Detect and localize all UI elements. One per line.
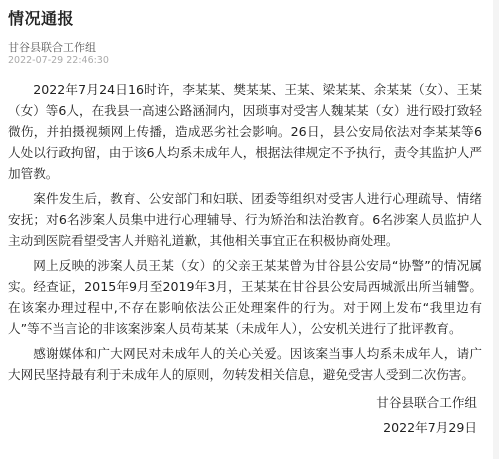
paragraph-investigation: 网上反映的涉案人员王某（女）的父亲王某某曾为甘谷县公安局“协警”的情况属实。经查…: [8, 255, 482, 339]
paragraph-incident: 2022年7月24日16时许，李某某、樊某某、王某、梁某某、余某某（女）、王某（…: [8, 79, 482, 184]
scrollbar-track[interactable]: [493, 0, 499, 459]
signature-block: 甘谷县联合工作组 2022年7月29日: [376, 390, 477, 440]
page-title: 情况通报: [8, 6, 74, 29]
paragraph-appeal: 感谢媒体和广大网民对未成年人的关心关爱。因该案当事人均系未成年人，请广大网民坚持…: [8, 343, 482, 385]
signature-organization: 甘谷县联合工作组: [376, 390, 477, 415]
signature-date: 2022年7月29日: [376, 415, 477, 440]
paragraph-aftercare: 案件发生后，教育、公安部门和妇联、团委等组织对受害人进行心理疏导、情绪安抚；对6…: [8, 188, 482, 251]
publish-timestamp: 2022-07-29 22:46:30: [8, 55, 109, 66]
article-body: 2022年7月24日16时许，李某某、樊某某、王某、梁某某、余某某（女）、王某（…: [8, 79, 482, 389]
source-name: 甘谷县联合工作组: [8, 39, 96, 55]
notice-page: 情况通报 甘谷县联合工作组 2022-07-29 22:46:30 2022年7…: [0, 0, 493, 459]
